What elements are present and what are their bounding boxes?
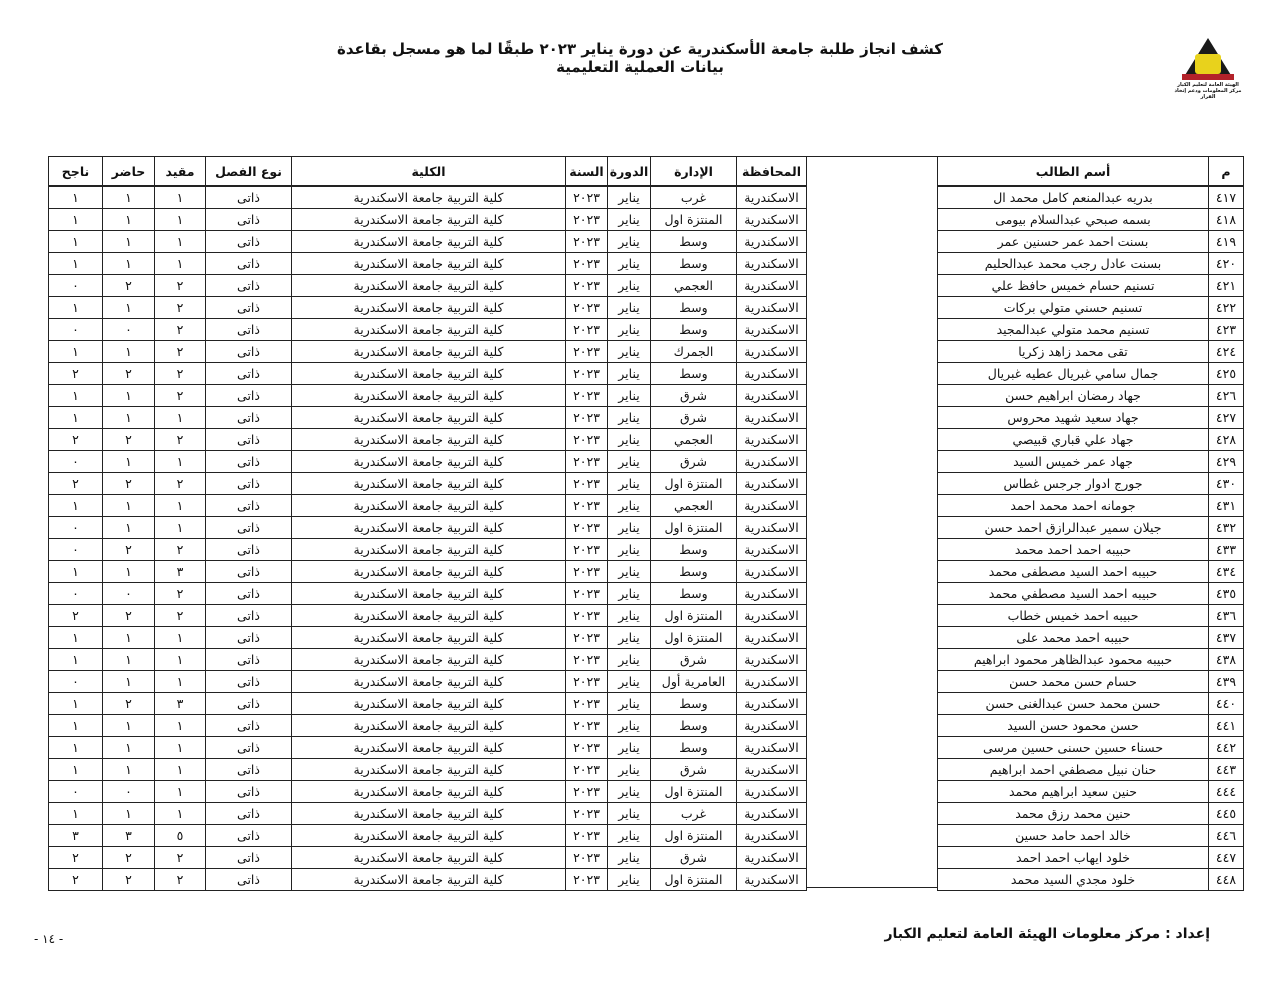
passed-count: ٠ bbox=[49, 319, 103, 341]
table-row: ٤١٨بسمه صبحي عبدالسلام بيومى bbox=[938, 209, 1244, 231]
college: كلية التربية جامعة الاسكندرية bbox=[292, 186, 566, 209]
table-row: ٤٢٨جهاد علي قباري قبيصي bbox=[938, 429, 1244, 451]
logo-caption-line2: مركز المعلومات ودعم إتخاذ القرار bbox=[1168, 88, 1248, 100]
year: ٢٠٢٣ bbox=[566, 737, 608, 759]
row-index: ٤٣٦ bbox=[1209, 605, 1244, 627]
present-count: ١ bbox=[103, 385, 155, 407]
present-count: ٢ bbox=[103, 847, 155, 869]
page-title: كشف انجاز طلبة جامعة الأسكندرية عن دورة … bbox=[320, 40, 960, 76]
row-index: ٤٢٥ bbox=[1209, 363, 1244, 385]
registered-count: ٢ bbox=[155, 583, 206, 605]
passed-count: ٢ bbox=[49, 473, 103, 495]
college: كلية التربية جامعة الاسكندرية bbox=[292, 781, 566, 803]
table-row: الاسكندريةوسطيناير٢٠٢٣كلية التربية جامعة… bbox=[49, 363, 807, 385]
session: يناير bbox=[608, 583, 651, 605]
college: كلية التربية جامعة الاسكندرية bbox=[292, 319, 566, 341]
year: ٢٠٢٣ bbox=[566, 209, 608, 231]
row-index: ٤٢١ bbox=[1209, 275, 1244, 297]
column-header-student-name: أسم الطالب bbox=[938, 157, 1209, 187]
class-type: ذاتى bbox=[206, 759, 292, 781]
governorate: الاسكندرية bbox=[737, 253, 807, 275]
college: كلية التربية جامعة الاسكندرية bbox=[292, 649, 566, 671]
column-header-registered: مقيد bbox=[155, 157, 206, 187]
governorate: الاسكندرية bbox=[737, 319, 807, 341]
governorate: الاسكندرية bbox=[737, 385, 807, 407]
table-row: الاسكندريةشرقيناير٢٠٢٣كلية التربية جامعة… bbox=[49, 847, 807, 869]
year: ٢٠٢٣ bbox=[566, 649, 608, 671]
session: يناير bbox=[608, 297, 651, 319]
class-type: ذاتى bbox=[206, 605, 292, 627]
table-row: ٤٢٧جهاد سعيد شهيد محروس bbox=[938, 407, 1244, 429]
class-type: ذاتى bbox=[206, 539, 292, 561]
class-type: ذاتى bbox=[206, 319, 292, 341]
passed-count: ١ bbox=[49, 759, 103, 781]
table-row: الاسكندريةغربيناير٢٠٢٣كلية التربية جامعة… bbox=[49, 803, 807, 825]
table-row: الاسكندريةوسطيناير٢٠٢٣كلية التربية جامعة… bbox=[49, 693, 807, 715]
student-name: حبيبه احمد احمد محمد bbox=[938, 539, 1209, 561]
year: ٢٠٢٣ bbox=[566, 407, 608, 429]
page-number: - ١٤ - bbox=[34, 932, 63, 946]
registered-count: ١ bbox=[155, 627, 206, 649]
table-row: الاسكندريةوسطيناير٢٠٢٣كلية التربية جامعة… bbox=[49, 297, 807, 319]
governorate: الاسكندرية bbox=[737, 825, 807, 847]
table-row: ٤٢١تسنيم حسام خميس حافظ علي bbox=[938, 275, 1244, 297]
registered-count: ٢ bbox=[155, 869, 206, 891]
table-row: الاسكندريةالمنتزة اوليناير٢٠٢٣كلية الترب… bbox=[49, 605, 807, 627]
present-count: ٠ bbox=[103, 319, 155, 341]
session: يناير bbox=[608, 473, 651, 495]
session: يناير bbox=[608, 363, 651, 385]
governorate: الاسكندرية bbox=[737, 649, 807, 671]
administration: وسط bbox=[651, 363, 737, 385]
column-header-administration: الإدارة bbox=[651, 157, 737, 187]
passed-count: ١ bbox=[49, 407, 103, 429]
session: يناير bbox=[608, 385, 651, 407]
passed-count: ١ bbox=[49, 231, 103, 253]
registered-count: ١ bbox=[155, 803, 206, 825]
student-name: تقى محمد زاهد زكريا bbox=[938, 341, 1209, 363]
class-type: ذاتى bbox=[206, 385, 292, 407]
administration: وسط bbox=[651, 737, 737, 759]
student-name: حسن محمد حسن عبدالغنى حسن bbox=[938, 693, 1209, 715]
administration: العجمي bbox=[651, 429, 737, 451]
class-type: ذاتى bbox=[206, 627, 292, 649]
registered-count: ١ bbox=[155, 517, 206, 539]
passed-count: ١ bbox=[49, 495, 103, 517]
class-type: ذاتى bbox=[206, 429, 292, 451]
student-name: بسنت احمد عمر حسنين عمر bbox=[938, 231, 1209, 253]
column-header-passed: ناجح bbox=[49, 157, 103, 187]
registered-count: ٣ bbox=[155, 693, 206, 715]
table-row: الاسكندريةالجمركيناير٢٠٢٣كلية التربية جا… bbox=[49, 341, 807, 363]
logo-band-icon bbox=[1182, 74, 1234, 80]
passed-count: ١ bbox=[49, 561, 103, 583]
table-row: ٤٢٩جهاد عمر خميس السيد bbox=[938, 451, 1244, 473]
registered-count: ١ bbox=[155, 715, 206, 737]
students-details-table: المحافظة الإدارة الدورة السنة الكلية نوع… bbox=[48, 156, 807, 891]
administration: المنتزة اول bbox=[651, 605, 737, 627]
session: يناير bbox=[608, 539, 651, 561]
blank-spacer-column bbox=[806, 156, 937, 888]
row-index: ٤٤٣ bbox=[1209, 759, 1244, 781]
row-index: ٤١٩ bbox=[1209, 231, 1244, 253]
passed-count: ١ bbox=[49, 803, 103, 825]
row-index: ٤٢٦ bbox=[1209, 385, 1244, 407]
class-type: ذاتى bbox=[206, 451, 292, 473]
registered-count: ٢ bbox=[155, 341, 206, 363]
column-header-index: م bbox=[1209, 157, 1244, 187]
table-row: ٤٤٧خلود ايهاب احمد احمد bbox=[938, 847, 1244, 869]
college: كلية التربية جامعة الاسكندرية bbox=[292, 671, 566, 693]
class-type: ذاتى bbox=[206, 561, 292, 583]
registered-count: ١ bbox=[155, 759, 206, 781]
class-type: ذاتى bbox=[206, 473, 292, 495]
present-count: ١ bbox=[103, 341, 155, 363]
row-index: ٤١٧ bbox=[1209, 186, 1244, 209]
passed-count: ٠ bbox=[49, 517, 103, 539]
row-index: ٤٣٧ bbox=[1209, 627, 1244, 649]
row-index: ٤٣٣ bbox=[1209, 539, 1244, 561]
present-count: ١ bbox=[103, 737, 155, 759]
passed-count: ١ bbox=[49, 297, 103, 319]
row-index: ٤٢٩ bbox=[1209, 451, 1244, 473]
column-header-session: الدورة bbox=[608, 157, 651, 187]
student-name: خلود ايهاب احمد احمد bbox=[938, 847, 1209, 869]
registered-count: ٢ bbox=[155, 429, 206, 451]
governorate: الاسكندرية bbox=[737, 869, 807, 891]
year: ٢٠٢٣ bbox=[566, 869, 608, 891]
row-index: ٤٤٧ bbox=[1209, 847, 1244, 869]
present-count: ٢ bbox=[103, 363, 155, 385]
class-type: ذاتى bbox=[206, 715, 292, 737]
governorate: الاسكندرية bbox=[737, 407, 807, 429]
session: يناير bbox=[608, 231, 651, 253]
registered-count: ١ bbox=[155, 495, 206, 517]
session: يناير bbox=[608, 847, 651, 869]
present-count: ١ bbox=[103, 671, 155, 693]
year: ٢٠٢٣ bbox=[566, 671, 608, 693]
session: يناير bbox=[608, 649, 651, 671]
administration: المنتزة اول bbox=[651, 627, 737, 649]
registered-count: ٢ bbox=[155, 473, 206, 495]
governorate: الاسكندرية bbox=[737, 429, 807, 451]
session: يناير bbox=[608, 825, 651, 847]
row-index: ٤٤٥ bbox=[1209, 803, 1244, 825]
administration: المنتزة اول bbox=[651, 473, 737, 495]
present-count: ١ bbox=[103, 209, 155, 231]
administration: المنتزة اول bbox=[651, 869, 737, 891]
table-row: الاسكندريةشرقيناير٢٠٢٣كلية التربية جامعة… bbox=[49, 649, 807, 671]
present-count: ٢ bbox=[103, 275, 155, 297]
administration: المنتزة اول bbox=[651, 825, 737, 847]
header-row: م أسم الطالب bbox=[938, 157, 1244, 187]
table-row: ٤١٩بسنت احمد عمر حسنين عمر bbox=[938, 231, 1244, 253]
year: ٢٠٢٣ bbox=[566, 847, 608, 869]
registered-count: ٢ bbox=[155, 297, 206, 319]
year: ٢٠٢٣ bbox=[566, 495, 608, 517]
table-row: ٤٤٣حنان نبيل مصطفي احمد ابراهيم bbox=[938, 759, 1244, 781]
passed-count: ١ bbox=[49, 715, 103, 737]
registered-count: ١ bbox=[155, 186, 206, 209]
row-index: ٤٢٠ bbox=[1209, 253, 1244, 275]
class-type: ذاتى bbox=[206, 341, 292, 363]
class-type: ذاتى bbox=[206, 825, 292, 847]
passed-count: ١ bbox=[49, 627, 103, 649]
row-index: ٤٣٩ bbox=[1209, 671, 1244, 693]
administration: شرق bbox=[651, 759, 737, 781]
table-row: الاسكندريةالمنتزة اوليناير٢٠٢٣كلية الترب… bbox=[49, 517, 807, 539]
governorate: الاسكندرية bbox=[737, 583, 807, 605]
governorate: الاسكندرية bbox=[737, 517, 807, 539]
college: كلية التربية جامعة الاسكندرية bbox=[292, 231, 566, 253]
table-row: الاسكندريةغربيناير٢٠٢٣كلية التربية جامعة… bbox=[49, 186, 807, 209]
table-row: ٤٣٨حبيبه محمود عبدالظاهر محمود ابراهيم bbox=[938, 649, 1244, 671]
passed-count: ٠ bbox=[49, 275, 103, 297]
administration: وسط bbox=[651, 583, 737, 605]
student-name: حبيبه محمود عبدالظاهر محمود ابراهيم bbox=[938, 649, 1209, 671]
present-count: ١ bbox=[103, 253, 155, 275]
college: كلية التربية جامعة الاسكندرية bbox=[292, 275, 566, 297]
year: ٢٠٢٣ bbox=[566, 341, 608, 363]
session: يناير bbox=[608, 319, 651, 341]
administration: وسط bbox=[651, 319, 737, 341]
college: كلية التربية جامعة الاسكندرية bbox=[292, 759, 566, 781]
table-row: الاسكندريةالمنتزة اوليناير٢٠٢٣كلية الترب… bbox=[49, 781, 807, 803]
college: كلية التربية جامعة الاسكندرية bbox=[292, 583, 566, 605]
table-row: ٤٣٧حبيبه احمد محمد على bbox=[938, 627, 1244, 649]
passed-count: ١ bbox=[49, 385, 103, 407]
present-count: ١ bbox=[103, 803, 155, 825]
governorate: الاسكندرية bbox=[737, 671, 807, 693]
class-type: ذاتى bbox=[206, 363, 292, 385]
table-row: الاسكندريةالمنتزة اوليناير٢٠٢٣كلية الترب… bbox=[49, 627, 807, 649]
registered-count: ٢ bbox=[155, 605, 206, 627]
column-header-class-type: نوع الفصل bbox=[206, 157, 292, 187]
table-row: ٤٣٢جيلان سمير عبدالرازق احمد حسن bbox=[938, 517, 1244, 539]
administration: شرق bbox=[651, 451, 737, 473]
college: كلية التربية جامعة الاسكندرية bbox=[292, 495, 566, 517]
session: يناير bbox=[608, 737, 651, 759]
governorate: الاسكندرية bbox=[737, 847, 807, 869]
year: ٢٠٢٣ bbox=[566, 297, 608, 319]
table-row: ٤٤٤حنين سعيد ابراهيم محمد bbox=[938, 781, 1244, 803]
session: يناير bbox=[608, 605, 651, 627]
present-count: ٣ bbox=[103, 825, 155, 847]
present-count: ٠ bbox=[103, 781, 155, 803]
governorate: الاسكندرية bbox=[737, 186, 807, 209]
governorate: الاسكندرية bbox=[737, 781, 807, 803]
table-row: الاسكندريةشرقيناير٢٠٢٣كلية التربية جامعة… bbox=[49, 451, 807, 473]
year: ٢٠٢٣ bbox=[566, 473, 608, 495]
column-header-year: السنة bbox=[566, 157, 608, 187]
table-row: الاسكندريةشرقيناير٢٠٢٣كلية التربية جامعة… bbox=[49, 407, 807, 429]
table-row: الاسكندريةوسطيناير٢٠٢٣كلية التربية جامعة… bbox=[49, 583, 807, 605]
table-row: ٤٢٤تقى محمد زاهد زكريا bbox=[938, 341, 1244, 363]
row-index: ٤٤٢ bbox=[1209, 737, 1244, 759]
registered-count: ٢ bbox=[155, 847, 206, 869]
session: يناير bbox=[608, 186, 651, 209]
present-count: ١ bbox=[103, 627, 155, 649]
present-count: ١ bbox=[103, 186, 155, 209]
governorate: الاسكندرية bbox=[737, 473, 807, 495]
student-name: جهاد عمر خميس السيد bbox=[938, 451, 1209, 473]
college: كلية التربية جامعة الاسكندرية bbox=[292, 737, 566, 759]
student-name: حنان نبيل مصطفي احمد ابراهيم bbox=[938, 759, 1209, 781]
row-index: ٤٢٤ bbox=[1209, 341, 1244, 363]
passed-count: ٢ bbox=[49, 847, 103, 869]
row-index: ٤٣١ bbox=[1209, 495, 1244, 517]
registered-count: ١ bbox=[155, 649, 206, 671]
year: ٢٠٢٣ bbox=[566, 539, 608, 561]
year: ٢٠٢٣ bbox=[566, 583, 608, 605]
college: كلية التربية جامعة الاسكندرية bbox=[292, 473, 566, 495]
row-index: ٤٣٥ bbox=[1209, 583, 1244, 605]
student-name: حبيبه احمد السيد مصطفى محمد bbox=[938, 561, 1209, 583]
present-count: ٠ bbox=[103, 583, 155, 605]
college: كلية التربية جامعة الاسكندرية bbox=[292, 341, 566, 363]
student-name: حنين محمد رزق محمد bbox=[938, 803, 1209, 825]
class-type: ذاتى bbox=[206, 407, 292, 429]
table-row: الاسكندريةوسطيناير٢٠٢٣كلية التربية جامعة… bbox=[49, 539, 807, 561]
table-row: الاسكندريةوسطيناير٢٠٢٣كلية التربية جامعة… bbox=[49, 561, 807, 583]
college: كلية التربية جامعة الاسكندرية bbox=[292, 253, 566, 275]
table-row: ٤٤٦خالد احمد حامد حسين bbox=[938, 825, 1244, 847]
college: كلية التربية جامعة الاسكندرية bbox=[292, 869, 566, 891]
college: كلية التربية جامعة الاسكندرية bbox=[292, 385, 566, 407]
present-count: ٢ bbox=[103, 693, 155, 715]
present-count: ٢ bbox=[103, 473, 155, 495]
present-count: ١ bbox=[103, 517, 155, 539]
year: ٢٠٢٣ bbox=[566, 825, 608, 847]
governorate: الاسكندرية bbox=[737, 451, 807, 473]
college: كلية التربية جامعة الاسكندرية bbox=[292, 407, 566, 429]
table-row: الاسكندريةشرقيناير٢٠٢٣كلية التربية جامعة… bbox=[49, 759, 807, 781]
row-index: ٤٤٨ bbox=[1209, 869, 1244, 891]
student-name: حنين سعيد ابراهيم محمد bbox=[938, 781, 1209, 803]
passed-count: ١ bbox=[49, 186, 103, 209]
passed-count: ٢ bbox=[49, 605, 103, 627]
table-row: الاسكندريةالمنتزة اوليناير٢٠٢٣كلية الترب… bbox=[49, 209, 807, 231]
year: ٢٠٢٣ bbox=[566, 363, 608, 385]
year: ٢٠٢٣ bbox=[566, 451, 608, 473]
class-type: ذاتى bbox=[206, 847, 292, 869]
class-type: ذاتى bbox=[206, 231, 292, 253]
year: ٢٠٢٣ bbox=[566, 231, 608, 253]
present-count: ١ bbox=[103, 451, 155, 473]
passed-count: ٢ bbox=[49, 363, 103, 385]
year: ٢٠٢٣ bbox=[566, 561, 608, 583]
college: كلية التربية جامعة الاسكندرية bbox=[292, 429, 566, 451]
college: كلية التربية جامعة الاسكندرية bbox=[292, 715, 566, 737]
present-count: ١ bbox=[103, 297, 155, 319]
present-count: ٢ bbox=[103, 539, 155, 561]
class-type: ذاتى bbox=[206, 869, 292, 891]
class-type: ذاتى bbox=[206, 517, 292, 539]
table-row: الاسكندريةالمنتزة اوليناير٢٠٢٣كلية الترب… bbox=[49, 473, 807, 495]
college: كلية التربية جامعة الاسكندرية bbox=[292, 209, 566, 231]
class-type: ذاتى bbox=[206, 671, 292, 693]
table-row: ٤٣٩حسام حسن محمد حسن bbox=[938, 671, 1244, 693]
governorate: الاسكندرية bbox=[737, 231, 807, 253]
table-row: ٤٢٥جمال سامي غبريال عطيه غبريال bbox=[938, 363, 1244, 385]
college: كلية التربية جامعة الاسكندرية bbox=[292, 605, 566, 627]
administration: شرق bbox=[651, 847, 737, 869]
year: ٢٠٢٣ bbox=[566, 275, 608, 297]
registered-count: ١ bbox=[155, 781, 206, 803]
class-type: ذاتى bbox=[206, 583, 292, 605]
registered-count: ١ bbox=[155, 209, 206, 231]
administration: المنتزة اول bbox=[651, 209, 737, 231]
table-row: ٤٤٠حسن محمد حسن عبدالغنى حسن bbox=[938, 693, 1244, 715]
registered-count: ٢ bbox=[155, 363, 206, 385]
class-type: ذاتى bbox=[206, 781, 292, 803]
student-name: حبيبه احمد محمد على bbox=[938, 627, 1209, 649]
administration: المنتزة اول bbox=[651, 781, 737, 803]
session: يناير bbox=[608, 715, 651, 737]
logo-caption: الهيئة العامة لتعليم الكبار مركز المعلوم… bbox=[1168, 82, 1248, 100]
prepared-by-credit: إعداد : مركز معلومات الهيئة العامة لتعلي… bbox=[880, 926, 1210, 942]
session: يناير bbox=[608, 429, 651, 451]
student-name: جهاد رمضان ابراهيم حسن bbox=[938, 385, 1209, 407]
student-name: جهاد سعيد شهيد محروس bbox=[938, 407, 1209, 429]
governorate: الاسكندرية bbox=[737, 693, 807, 715]
college: كلية التربية جامعة الاسكندرية bbox=[292, 693, 566, 715]
header-row: المحافظة الإدارة الدورة السنة الكلية نوع… bbox=[49, 157, 807, 187]
student-name: تسنيم حسني متولي بركات bbox=[938, 297, 1209, 319]
administration: وسط bbox=[651, 561, 737, 583]
table-row: الاسكندريةالعجمييناير٢٠٢٣كلية التربية جا… bbox=[49, 495, 807, 517]
class-type: ذاتى bbox=[206, 186, 292, 209]
administration: شرق bbox=[651, 385, 737, 407]
row-index: ٤٣٠ bbox=[1209, 473, 1244, 495]
table-row: الاسكندريةوسطيناير٢٠٢٣كلية التربية جامعة… bbox=[49, 253, 807, 275]
class-type: ذاتى bbox=[206, 253, 292, 275]
session: يناير bbox=[608, 451, 651, 473]
session: يناير bbox=[608, 253, 651, 275]
passed-count: ٠ bbox=[49, 583, 103, 605]
college: كلية التربية جامعة الاسكندرية bbox=[292, 363, 566, 385]
column-header-governorate: المحافظة bbox=[737, 157, 807, 187]
registered-count: ٢ bbox=[155, 319, 206, 341]
passed-count: ١ bbox=[49, 649, 103, 671]
administration: شرق bbox=[651, 407, 737, 429]
present-count: ١ bbox=[103, 407, 155, 429]
governorate: الاسكندرية bbox=[737, 627, 807, 649]
governorate: الاسكندرية bbox=[737, 759, 807, 781]
year: ٢٠٢٣ bbox=[566, 319, 608, 341]
class-type: ذاتى bbox=[206, 209, 292, 231]
registered-count: ١ bbox=[155, 253, 206, 275]
present-count: ١ bbox=[103, 561, 155, 583]
class-type: ذاتى bbox=[206, 803, 292, 825]
table-row: ٤٢٣تسنيم محمد متولي عبدالمجيد bbox=[938, 319, 1244, 341]
table-row: الاسكندريةالعجمييناير٢٠٢٣كلية التربية جا… bbox=[49, 429, 807, 451]
table-row: ٤٤٥حنين محمد رزق محمد bbox=[938, 803, 1244, 825]
student-name: بسنت عادل رجب محمد عبدالحليم bbox=[938, 253, 1209, 275]
administration: العامرية أول bbox=[651, 671, 737, 693]
administration: وسط bbox=[651, 297, 737, 319]
table-row: الاسكندريةشرقيناير٢٠٢٣كلية التربية جامعة… bbox=[49, 385, 807, 407]
registered-count: ٢ bbox=[155, 539, 206, 561]
governorate: الاسكندرية bbox=[737, 275, 807, 297]
table-row: الاسكندريةالمنتزة اوليناير٢٠٢٣كلية الترب… bbox=[49, 825, 807, 847]
college: كلية التربية جامعة الاسكندرية bbox=[292, 297, 566, 319]
table-row: الاسكندريةالعامرية أوليناير٢٠٢٣كلية التر… bbox=[49, 671, 807, 693]
table-row: الاسكندريةالعجمييناير٢٠٢٣كلية التربية جا… bbox=[49, 275, 807, 297]
passed-count: ١ bbox=[49, 341, 103, 363]
passed-count: ١ bbox=[49, 253, 103, 275]
year: ٢٠٢٣ bbox=[566, 429, 608, 451]
